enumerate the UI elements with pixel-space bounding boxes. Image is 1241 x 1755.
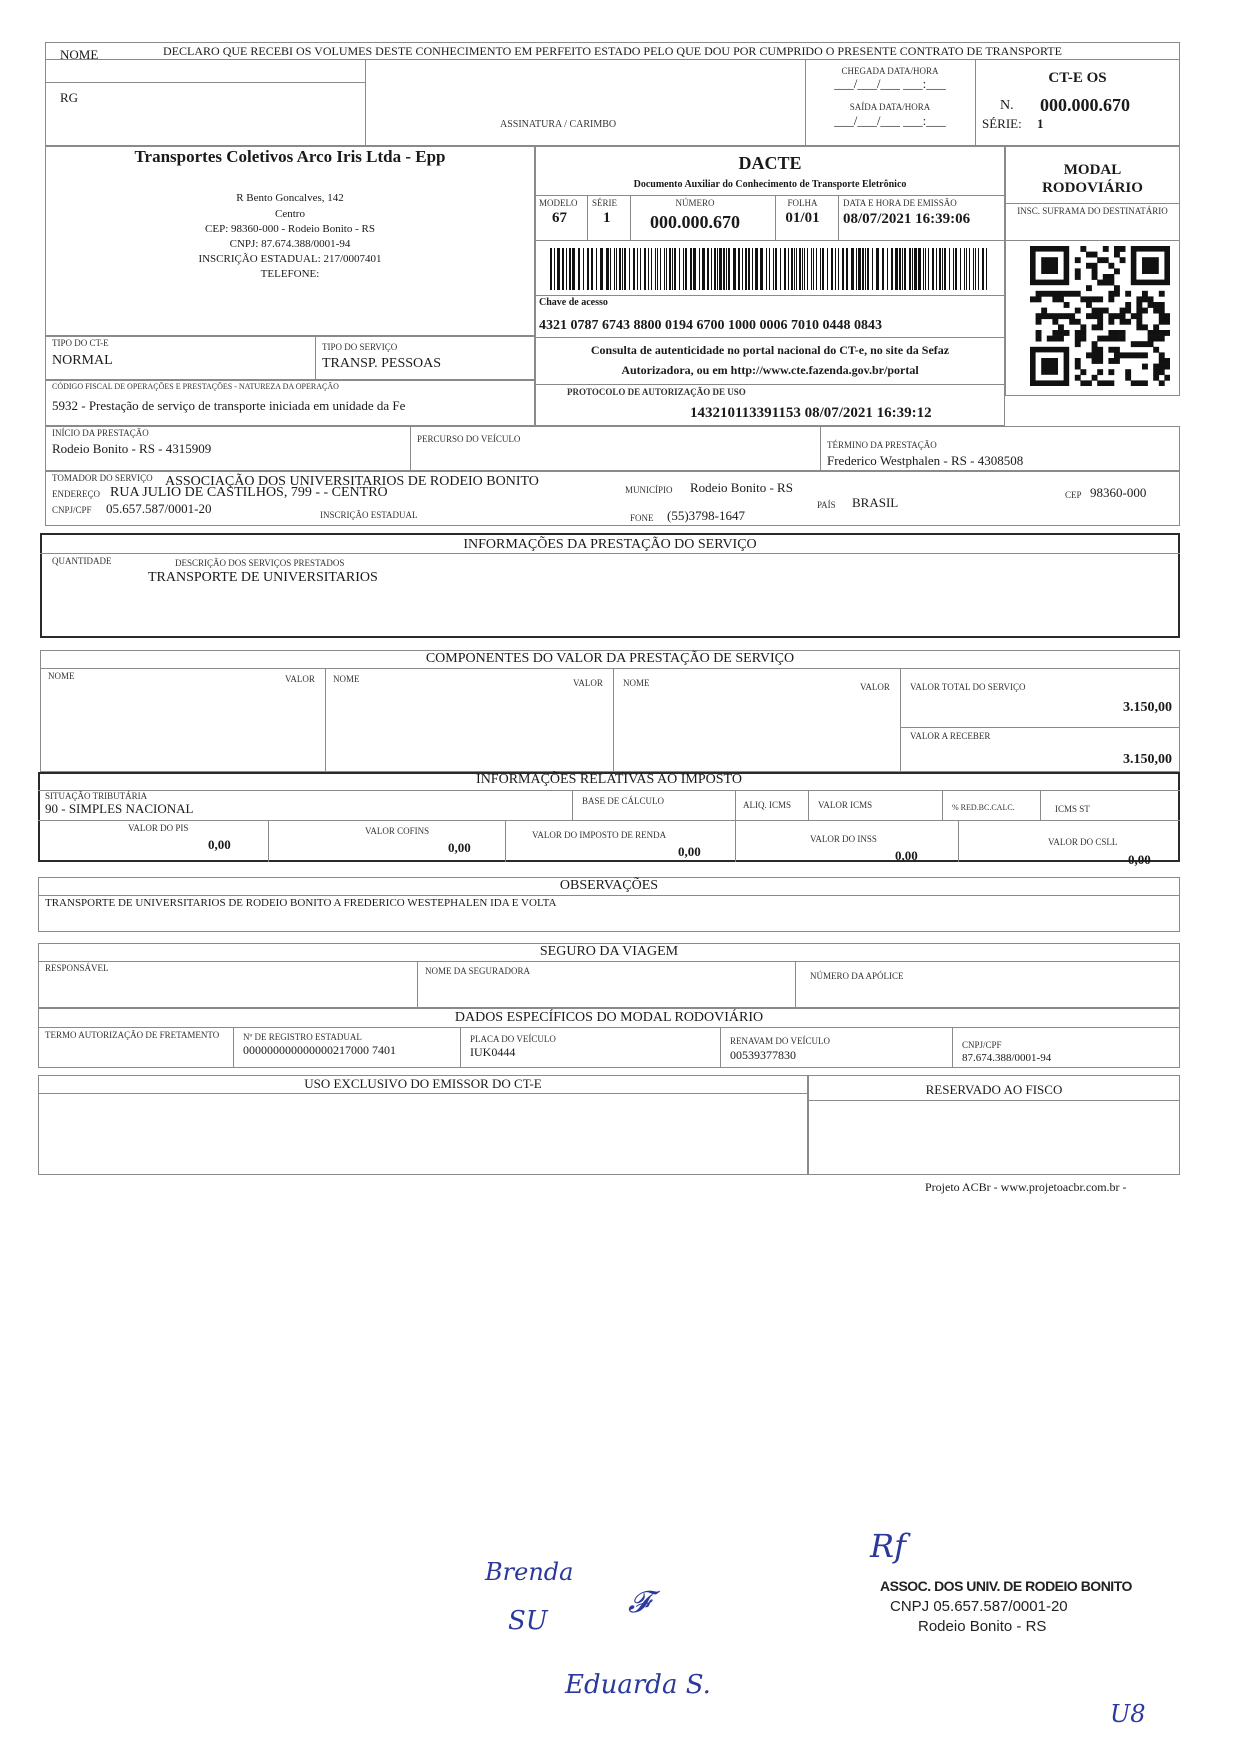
renavam-value: 00539377830 — [730, 1048, 796, 1063]
component-name-header-1: NOME — [48, 671, 75, 681]
divider — [587, 195, 588, 240]
tax-base-label: BASE DE CÁLCULO — [582, 796, 664, 806]
cte-type-value: NORMAL — [52, 353, 113, 369]
arrival-datetime-field[interactable]: ___/___/___ ___:___ — [805, 76, 975, 92]
divider — [535, 337, 1005, 338]
divider — [38, 895, 1180, 896]
divider — [38, 1027, 1180, 1028]
divider — [38, 820, 1180, 821]
barcode — [550, 248, 990, 290]
cfop-label: CÓDIGO FISCAL DE OPERAÇÕES E PRESTAÇÕES … — [52, 382, 339, 391]
component-value-header-3: VALOR — [860, 682, 890, 692]
taker-address: RUA JULIO DE CASTILHOS, 799 - - CENTRO — [110, 485, 388, 501]
carrier-cnpj-label: CNPJ/CPF — [962, 1040, 1002, 1050]
taker-address-label: ENDEREÇO — [52, 489, 100, 499]
total-service-label: VALOR TOTAL DO SERVIÇO — [910, 682, 1025, 692]
observations-text: TRANSPORTE DE UNIVERSITARIOS DE RODEIO B… — [45, 897, 556, 909]
road-modal-title: DADOS ESPECÍFICOS DO MODAL RODOVIÁRIO — [38, 1010, 1180, 1026]
modal-title-line1: MODAL — [1005, 162, 1180, 179]
divider — [720, 1027, 721, 1068]
component-name-header-2: NOME — [333, 674, 360, 684]
divider — [38, 1093, 808, 1094]
issuer-district: Centro — [45, 208, 535, 220]
divider — [365, 59, 366, 146]
receipt-number: 000.000.670 — [1040, 95, 1130, 116]
state-registration-value: 000000000000000217000 7401 — [243, 1043, 396, 1058]
model-value: 67 — [552, 210, 567, 227]
component-name-header-3: NOME — [623, 678, 650, 688]
base-reduction-label: % RED.BC.CALC. — [952, 803, 1015, 812]
divider — [460, 1027, 461, 1068]
insurer-name-label: NOME DA SEGURADORA — [425, 966, 530, 976]
quantity-label: QUANTIDADE — [52, 556, 112, 566]
issuer-name: Transportes Coletivos Arco Iris Ltda - E… — [45, 147, 535, 167]
stamp-line1: ASSOC. DOS UNIV. DE RODEIO BONITO — [880, 1578, 1132, 1594]
divider — [1005, 240, 1180, 241]
divider — [315, 336, 316, 380]
amount-receivable-label: VALOR A RECEBER — [910, 731, 990, 741]
qr-code[interactable] — [1030, 246, 1170, 386]
sheet-value: 01/01 — [775, 210, 830, 227]
issuer-state-registration: INSCRIÇÃO ESTADUAL: 217/0007401 — [45, 253, 535, 265]
end-label: TÉRMINO DA PRESTAÇÃO — [827, 440, 937, 450]
divider — [808, 790, 809, 820]
footer-credit[interactable]: Projeto ACBr - www.projetoacbr.com.br - — [925, 1180, 1127, 1195]
divider — [820, 426, 821, 471]
authenticity-line2[interactable]: Autorizadora, ou em http://www.cte.fazen… — [535, 363, 1005, 378]
divider — [410, 426, 411, 471]
service-info-title: INFORMAÇÕES DA PRESTAÇÃO DO SERVIÇO — [40, 537, 1180, 553]
divider — [417, 961, 418, 1008]
divider — [808, 1100, 1180, 1101]
stamp-line3: Rodeio Bonito - RS — [918, 1618, 1046, 1635]
access-key-label: Chave de acesso — [539, 297, 608, 308]
divider — [233, 1027, 234, 1068]
icms-st-label: ICMS ST — [1055, 804, 1090, 814]
tax-office-title: RESERVADO AO FISCO — [808, 1082, 1180, 1098]
total-service-value: 3.150,00 — [1020, 700, 1172, 716]
dacte-title: DACTE — [535, 153, 1005, 174]
divider — [952, 1027, 953, 1068]
issuer-cnpj: CNPJ: 87.674.388/0001-94 — [45, 238, 535, 250]
issuer-exclusive-title: USO EXCLUSIVO DO EMISSOR DO CT-E — [38, 1076, 808, 1092]
signature-su: SU — [508, 1606, 548, 1636]
departure-datetime-label: SAÍDA DATA/HORA — [805, 102, 975, 112]
vehicle-plate-value: IUK0444 — [470, 1045, 515, 1060]
receipt-doc-type: CT-E OS — [975, 70, 1180, 87]
model-label: MODELO — [539, 198, 578, 208]
divider — [900, 727, 1180, 728]
number-value: 000.000.670 — [630, 212, 760, 233]
receipt-declaration: DECLARO QUE RECEBI OS VOLUMES DESTE CONH… — [45, 44, 1180, 59]
cte-type-label: TIPO DO CT-E — [52, 338, 109, 348]
taker-cep: 98360-000 — [1090, 485, 1146, 501]
receipt-series: 1 — [1037, 116, 1044, 132]
suframa-label: INSC. SUFRAMA DO DESTINATÁRIO — [1005, 206, 1180, 216]
csll-value: 0,00 — [1128, 852, 1151, 868]
series-label: SÉRIE — [592, 198, 617, 208]
divider — [535, 295, 1005, 296]
taker-country-label: PAÍS — [817, 500, 836, 510]
cofins-label: VALOR COFINS — [365, 826, 429, 836]
vehicle-plate-label: PLACA DO VEÍCULO — [470, 1034, 556, 1044]
sheet-label: FOLHA — [775, 198, 830, 208]
receipt-nome-label: NOME — [60, 47, 98, 63]
issuer-cep: CEP: 98360-000 - Rodeio Bonito - RS — [45, 223, 535, 235]
amount-receivable-value: 3.150,00 — [1020, 752, 1172, 768]
insurance-responsible-label: RESPONSÁVEL — [45, 963, 109, 973]
receipt-series-label: SÉRIE: — [982, 116, 1022, 132]
divider — [535, 240, 1005, 241]
number-label: NÚMERO — [630, 198, 760, 208]
icms-value-label: VALOR ICMS — [818, 800, 872, 810]
divider — [325, 668, 326, 772]
taker-ie-label: INSCRIÇÃO ESTADUAL — [320, 510, 418, 520]
taker-phone-label: FONE — [630, 513, 654, 523]
taker-cnpj-label: CNPJ/CPF — [52, 505, 92, 515]
start-label: INÍCIO DA PRESTAÇÃO — [52, 428, 149, 438]
issue-datetime-value: 08/07/2021 16:39:06 — [843, 211, 970, 228]
description-value: TRANSPORTE DE UNIVERSITARIOS — [148, 570, 378, 586]
divider — [38, 790, 1180, 791]
tax-situation-value: 90 - SIMPLES NACIONAL — [45, 801, 193, 817]
divider — [795, 961, 796, 1008]
taker-cnpj: 05.657.587/0001-20 — [106, 501, 211, 517]
state-registration-label: Nº DE REGISTRO ESTADUAL — [243, 1032, 362, 1042]
charter-authorization-label: TERMO AUTORIZAÇÃO DE FRETAMENTO — [45, 1030, 219, 1040]
issuer-address: R Bento Goncalves, 142 — [45, 192, 535, 204]
pis-value: 0,00 — [208, 837, 231, 853]
divider — [38, 961, 1180, 962]
service-type-label: TIPO DO SERVIÇO — [322, 342, 397, 352]
divider — [942, 790, 943, 820]
taker-country: BRASIL — [852, 495, 898, 511]
cfop-value: 5932 - Prestação de serviço de transport… — [52, 398, 405, 414]
inss-value: 0,00 — [895, 848, 918, 864]
divider — [40, 553, 1180, 554]
arrival-datetime-label: CHEGADA DATA/HORA — [805, 66, 975, 76]
divider — [572, 790, 573, 820]
divider — [268, 820, 269, 862]
tax-info-title: INFORMAÇÕES RELATIVAS AO IMPOSTO — [38, 772, 1180, 788]
signature-initials: Rf — [870, 1527, 906, 1565]
protocol-label: PROTOCOLO DE AUTORIZAÇÃO DE USO — [567, 387, 746, 397]
page-mark: U8 — [1110, 1700, 1146, 1728]
divider — [838, 195, 839, 240]
protocol-value: 143210113391153 08/07/2021 16:39:12 — [690, 405, 932, 422]
income-tax-label: VALOR DO IMPOSTO DE RENDA — [532, 830, 666, 840]
pis-label: VALOR DO PIS — [128, 823, 188, 833]
end-value: Frederico Westphalen - RS - 4308508 — [827, 453, 1023, 469]
divider — [1040, 790, 1041, 820]
taker-label: TOMADOR DO SERVIÇO — [52, 473, 153, 483]
divider — [958, 820, 959, 862]
dacte-subtitle: Documento Auxiliar do Conhecimento de Tr… — [535, 179, 1005, 190]
tax-situation-label: SITUAÇÃO TRIBUTÁRIA — [45, 791, 147, 801]
policy-number-label: NÚMERO DA APÓLICE — [810, 971, 904, 981]
divider — [1005, 203, 1180, 204]
carrier-cnpj-value: 87.674.388/0001-94 — [962, 1052, 1051, 1064]
taker-city-label: MUNICÍPIO — [625, 485, 673, 495]
signature-scribble: 𝓕 — [628, 1585, 650, 1620]
observations-title: OBSERVAÇÕES — [38, 878, 1180, 894]
insurance-title: SEGURO DA VIAGEM — [38, 944, 1180, 960]
taker-cep-label: CEP — [1065, 490, 1082, 500]
divider — [900, 668, 901, 772]
modal-title-line2: RODOVIÁRIO — [1005, 180, 1180, 197]
receipt-number-label: N. — [1000, 98, 1014, 114]
route-label: PERCURSO DO VEÍCULO — [417, 434, 520, 444]
taker-phone: (55)3798-1647 — [667, 508, 745, 524]
divider — [735, 820, 736, 862]
type-row — [45, 336, 535, 380]
divider — [613, 668, 614, 772]
receipt-signature-label: ASSINATURA / CARIMBO — [500, 119, 616, 130]
divider — [535, 195, 1005, 196]
divider — [45, 82, 365, 83]
departure-datetime-field[interactable]: ___/___/___ ___:___ — [805, 113, 975, 129]
csll-label: VALOR DO CSLL — [1048, 837, 1117, 847]
renavam-label: RENAVAM DO VEÍCULO — [730, 1036, 830, 1046]
authenticity-line1: Consulta de autenticidade no portal naci… — [535, 343, 1005, 358]
issuer-phone: TELEFONE: — [45, 268, 535, 280]
receipt-rg-label: RG — [60, 90, 78, 106]
start-value: Rodeio Bonito - RS - 4315909 — [52, 441, 211, 457]
signature-brenda: Brenda — [485, 1558, 573, 1586]
icms-rate-label: ALIQ. ICMS — [743, 800, 791, 810]
component-value-header-1: VALOR — [285, 674, 315, 684]
value-components-title: COMPONENTES DO VALOR DA PRESTAÇÃO DE SER… — [40, 651, 1180, 667]
access-key[interactable]: 4321 0787 6743 8800 0194 6700 1000 0006 … — [539, 318, 882, 334]
divider — [535, 384, 1005, 385]
service-type-value: TRANSP. PESSOAS — [322, 356, 441, 372]
taker-city: Rodeio Bonito - RS — [690, 480, 793, 496]
divider — [505, 820, 506, 862]
inss-label: VALOR DO INSS — [810, 834, 877, 844]
description-label: DESCRIÇÃO DOS SERVIÇOS PRESTADOS — [175, 558, 344, 568]
divider — [735, 790, 736, 820]
component-value-header-2: VALOR — [573, 678, 603, 688]
series-value: 1 — [603, 210, 611, 227]
stamp-line2: CNPJ 05.657.587/0001-20 — [890, 1598, 1068, 1615]
issue-datetime-label: DATA E HORA DE EMISSÃO — [843, 198, 957, 208]
cofins-value: 0,00 — [448, 840, 471, 856]
divider — [45, 59, 1180, 60]
signature-eduarda: Eduarda S. — [565, 1670, 711, 1700]
income-tax-value: 0,00 — [678, 844, 701, 860]
divider — [40, 668, 1180, 669]
